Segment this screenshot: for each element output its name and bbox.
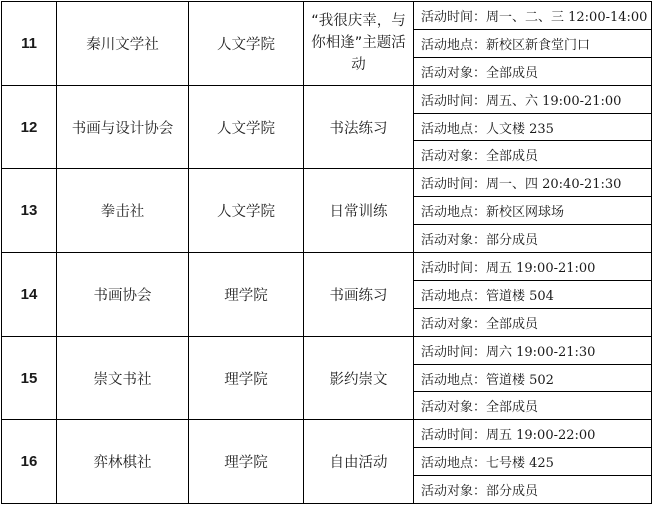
table-row: 15 崇文书社 理学院 影约崇文 活动时间：周六 19:00-21:30 [2, 336, 652, 364]
activity-audience: 活动对象：全部成员 [414, 141, 652, 169]
activity-audience: 活动对象：全部成员 [414, 308, 652, 336]
activity-name: “我很庆幸，与你相逢”主题活动 [304, 2, 414, 86]
row-number: 15 [2, 336, 57, 420]
college: 人文学院 [189, 85, 304, 169]
activity-time: 活动时间：周一、二、三 12:00-14:00 [414, 2, 652, 30]
activity-location: 活动地点：新校区新食堂门口 [414, 29, 652, 57]
college: 人文学院 [189, 2, 304, 86]
activity-location: 活动地点：七号楼 425 [414, 448, 652, 476]
college: 理学院 [189, 420, 304, 504]
college: 人文学院 [189, 169, 304, 253]
club-name: 秦川文学社 [57, 2, 189, 86]
table-row: 13 拳击社 人文学院 日常训练 活动时间：周一、四 20:40-21:30 [2, 169, 652, 197]
row-number: 13 [2, 169, 57, 253]
club-name: 书画与设计协会 [57, 85, 189, 169]
activity-audience: 活动对象：全部成员 [414, 57, 652, 85]
row-number: 12 [2, 85, 57, 169]
club-activity-table: 11 秦川文学社 人文学院 “我很庆幸，与你相逢”主题活动 活动时间：周一、二、… [1, 1, 652, 504]
table-row: 12 书画与设计协会 人文学院 书法练习 活动时间：周五、六 19:00-21:… [2, 85, 652, 113]
activity-name: 影约崇文 [304, 336, 414, 420]
club-name: 拳击社 [57, 169, 189, 253]
club-name: 书画协会 [57, 253, 189, 337]
club-name: 弈林棋社 [57, 420, 189, 504]
activity-name: 书画练习 [304, 253, 414, 337]
activity-location: 活动地点：新校区网球场 [414, 197, 652, 225]
club-name: 崇文书社 [57, 336, 189, 420]
activity-location: 活动地点：管道楼 502 [414, 364, 652, 392]
college: 理学院 [189, 253, 304, 337]
activity-audience: 活动对象：部分成员 [414, 225, 652, 253]
activity-name: 自由活动 [304, 420, 414, 504]
row-number: 11 [2, 2, 57, 86]
activity-location: 活动地点：人文楼 235 [414, 113, 652, 141]
activity-location: 活动地点：管道楼 504 [414, 280, 652, 308]
row-number: 14 [2, 253, 57, 337]
activity-time: 活动时间：周五 19:00-22:00 [414, 420, 652, 448]
activity-time: 活动时间：周五 19:00-21:00 [414, 253, 652, 281]
activity-time: 活动时间：周五、六 19:00-21:00 [414, 85, 652, 113]
activity-name: 书法练习 [304, 85, 414, 169]
row-number: 16 [2, 420, 57, 504]
activity-audience: 活动对象：部分成员 [414, 476, 652, 504]
activity-audience: 活动对象：全部成员 [414, 392, 652, 420]
activity-name: 日常训练 [304, 169, 414, 253]
table-row: 14 书画协会 理学院 书画练习 活动时间：周五 19:00-21:00 [2, 253, 652, 281]
activity-time: 活动时间：周一、四 20:40-21:30 [414, 169, 652, 197]
activity-time: 活动时间：周六 19:00-21:30 [414, 336, 652, 364]
table-row: 11 秦川文学社 人文学院 “我很庆幸，与你相逢”主题活动 活动时间：周一、二、… [2, 2, 652, 30]
college: 理学院 [189, 336, 304, 420]
table-row: 16 弈林棋社 理学院 自由活动 活动时间：周五 19:00-22:00 [2, 420, 652, 448]
